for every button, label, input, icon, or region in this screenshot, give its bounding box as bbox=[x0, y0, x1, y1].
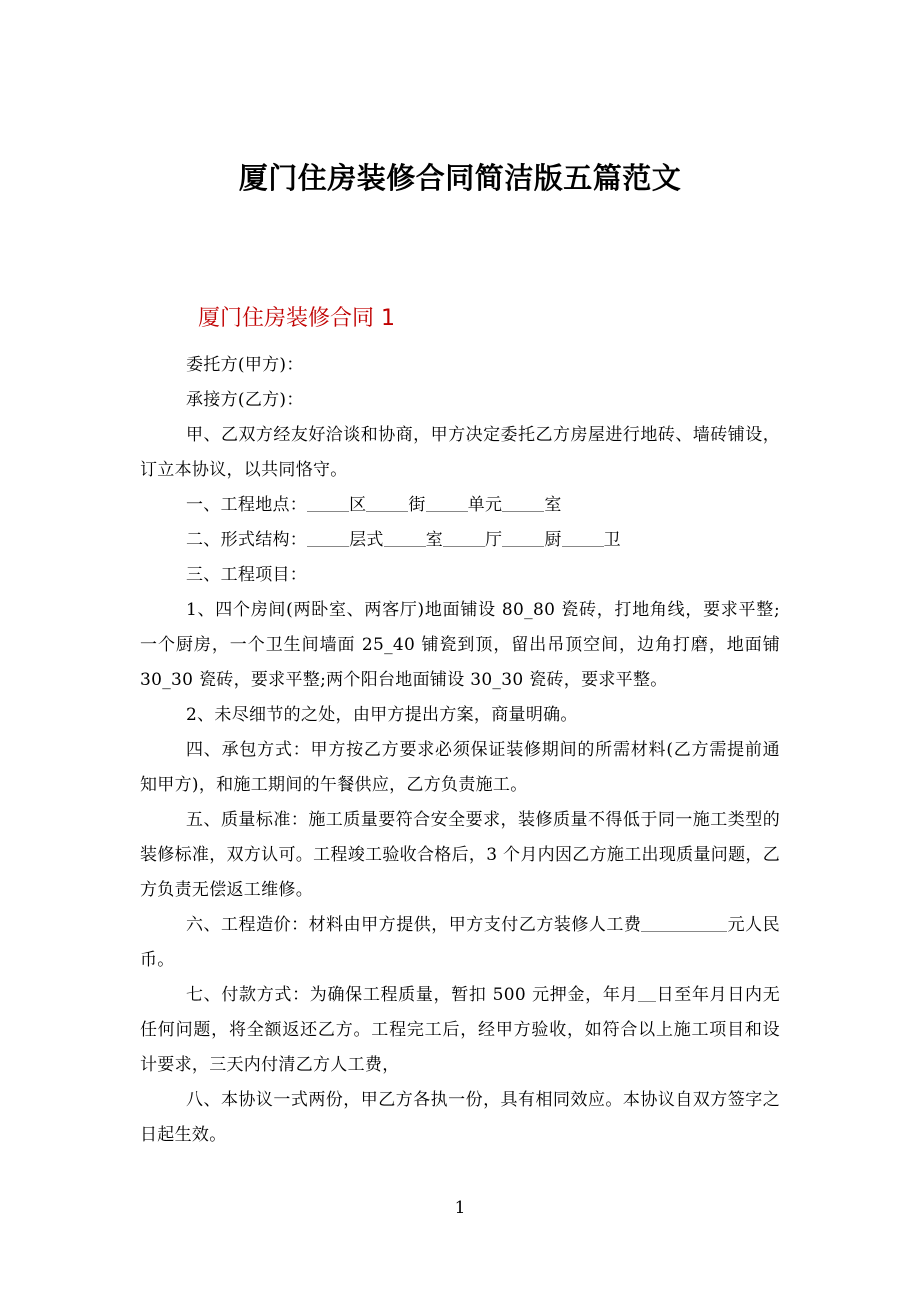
intro-paragraph: 甲、乙双方经友好洽谈和协商，甲方决定委托乙方房屋进行地砖、墙砖铺设，订立本协议，… bbox=[140, 418, 780, 488]
structure-label: 二、形式结构： bbox=[186, 530, 307, 550]
quality-standard-paragraph: 五、质量标准：施工质量要符合安全要求，装修质量不得低于同一施工类型的装修标准，双… bbox=[140, 803, 780, 908]
document-body: 委托方(甲方)： 承接方(乙方)： 甲、乙双方经友好洽谈和协商，甲方决定委托乙方… bbox=[140, 348, 780, 1153]
document-title: 厦门住房装修合同简洁版五篇范文 bbox=[0, 158, 920, 198]
agreement-copies-paragraph: 八、本协议一式两份，甲乙方各执一份，具有相同效应。本协议自双方签字之日起生效。 bbox=[140, 1083, 780, 1153]
section-heading: 厦门住房装修合同 1 bbox=[198, 303, 395, 335]
blank-field bbox=[502, 528, 544, 547]
cost-text: 六、工程造价：材料由甲方提供，甲方支付乙方装修人工费 bbox=[186, 915, 641, 935]
blank-field bbox=[562, 528, 604, 547]
structure-part: 厅 bbox=[485, 530, 502, 550]
structure-part: 厨 bbox=[544, 530, 561, 550]
structure-line: 二、形式结构：层式室厅厨卫 bbox=[140, 523, 780, 558]
blank-field bbox=[502, 493, 544, 512]
page-number: 1 bbox=[0, 1196, 920, 1220]
blank-field bbox=[307, 528, 349, 547]
location-part: 区 bbox=[349, 495, 366, 515]
blank-field bbox=[641, 913, 727, 932]
item-1-paragraph: 1、四个房间(两卧室、两客厅)地面铺设 80_80 瓷砖，打地角线，要求平整;一… bbox=[140, 593, 780, 698]
project-cost-paragraph: 六、工程造价：材料由甲方提供，甲方支付乙方装修人工费元人民币。 bbox=[140, 908, 780, 978]
location-part: 室 bbox=[544, 495, 561, 515]
blank-field bbox=[307, 493, 349, 512]
location-part: 单元 bbox=[468, 495, 503, 515]
project-location-label: 一、工程地点： bbox=[186, 495, 307, 515]
party-b-line: 承接方(乙方)： bbox=[140, 383, 780, 418]
project-location-line: 一、工程地点：区街单元室 bbox=[140, 488, 780, 523]
location-part: 街 bbox=[408, 495, 425, 515]
item-2-paragraph: 2、未尽细节的之处，由甲方提出方案，商量明确。 bbox=[140, 698, 780, 733]
blank-field bbox=[366, 493, 408, 512]
blank-field bbox=[638, 983, 656, 1002]
party-a-line: 委托方(甲方)： bbox=[140, 348, 780, 383]
blank-field bbox=[384, 528, 426, 547]
structure-part: 层式 bbox=[349, 530, 384, 550]
structure-part: 卫 bbox=[604, 530, 621, 550]
blank-field bbox=[426, 493, 468, 512]
structure-part: 室 bbox=[426, 530, 443, 550]
project-items-heading: 三、工程项目： bbox=[140, 558, 780, 593]
document-page: 厦门住房装修合同简洁版五篇范文 厦门住房装修合同 1 委托方(甲方)： 承接方(… bbox=[0, 0, 920, 1302]
payment-method-paragraph: 七、付款方式：为确保工程质量，暂扣 500 元押金，年月日至年月日内无任何问题，… bbox=[140, 978, 780, 1083]
payment-text: 七、付款方式：为确保工程质量，暂扣 500 元押金，年月 bbox=[186, 985, 638, 1005]
contract-method-paragraph: 四、承包方式：甲方按乙方要求必须保证装修期间的所需材料(乙方需提前通知甲方)，和… bbox=[140, 733, 780, 803]
blank-field bbox=[443, 528, 485, 547]
